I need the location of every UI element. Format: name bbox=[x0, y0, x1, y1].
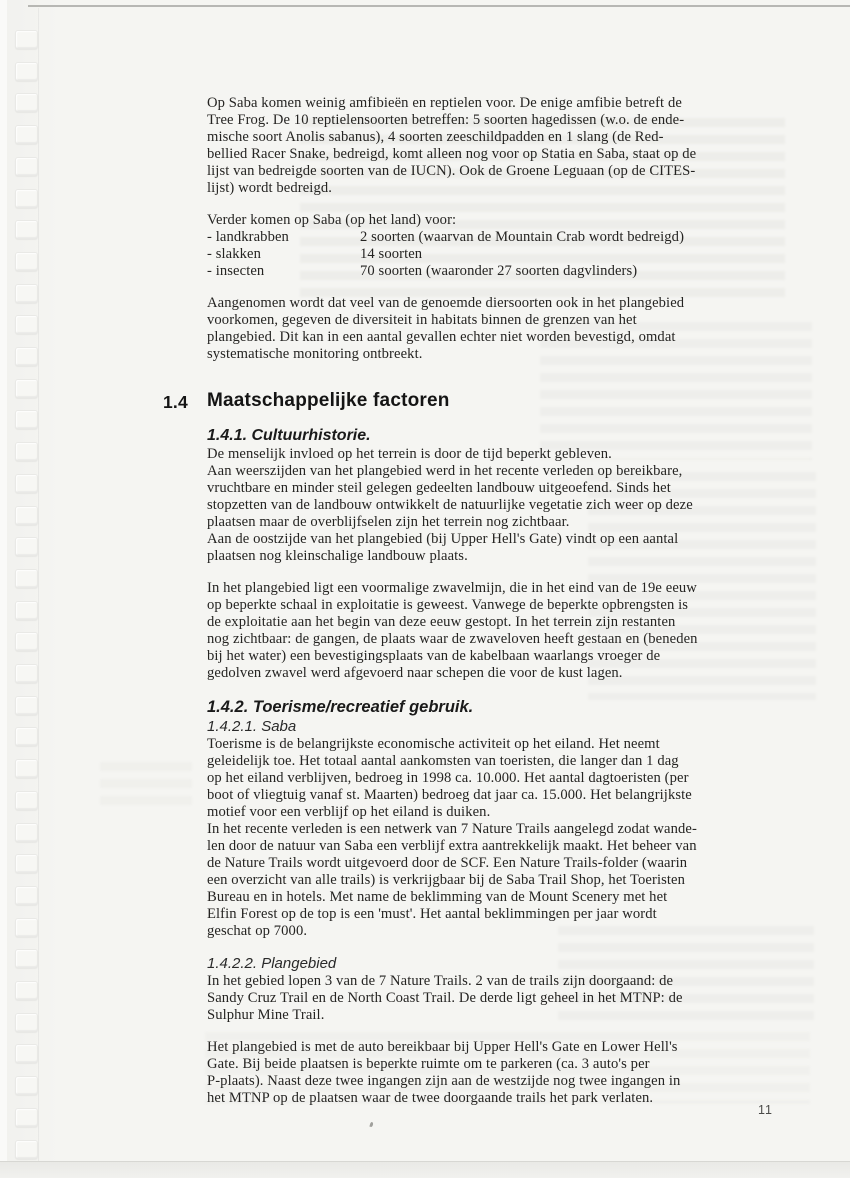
binding-hole bbox=[15, 854, 38, 873]
paragraph-amphibians-reptiles: Op Saba komen weinig amfibieën en reptie… bbox=[207, 95, 807, 197]
binding-hole bbox=[15, 886, 38, 905]
binding-hole bbox=[15, 220, 38, 239]
binding-hole bbox=[15, 315, 38, 334]
section-number: 1.4 bbox=[163, 390, 188, 414]
page-number: 11 bbox=[758, 1103, 773, 1117]
section-heading-1-4: 1.4 Maatschappelijke factoren bbox=[207, 389, 807, 413]
binding-hole bbox=[15, 93, 38, 112]
binding-hole bbox=[15, 347, 38, 366]
fauna-list-row: - insecten 70 soorten (waaronder 27 soor… bbox=[207, 263, 807, 280]
binding-hole bbox=[15, 474, 38, 493]
binding-hole bbox=[15, 727, 38, 746]
subsubsection-heading-1-4-2-1: 1.4.2.1. Saba bbox=[207, 718, 807, 736]
paragraph-zwavelmijn: In het plangebied ligt een voormalige zw… bbox=[207, 580, 807, 682]
scanned-page: Op Saba komen weinig amfibieën en reptie… bbox=[0, 0, 850, 1178]
binding-hole bbox=[15, 1013, 38, 1032]
binding-hole bbox=[15, 791, 38, 810]
binding-hole bbox=[15, 759, 38, 778]
fauna-term: - landkrabben bbox=[207, 229, 360, 246]
scan-speck bbox=[369, 1122, 373, 1128]
binding-hole bbox=[15, 918, 38, 937]
binding-hole bbox=[15, 823, 38, 842]
fauna-list: - landkrabben 2 soorten (waarvan de Moun… bbox=[207, 229, 807, 280]
binding-hole bbox=[15, 949, 38, 968]
binding-hole bbox=[15, 252, 38, 271]
binding-hole bbox=[15, 506, 38, 525]
binding-hole bbox=[15, 125, 38, 144]
binding-hole bbox=[15, 569, 38, 588]
paragraph-cultuurhistorie-1: De menselijk invloed op het terrein is d… bbox=[207, 446, 807, 565]
binding-hole bbox=[15, 189, 38, 208]
binding-hole bbox=[15, 1076, 38, 1095]
subsubsection-heading-1-4-2-2: 1.4.2.2. Plangebied bbox=[207, 955, 807, 973]
binding-hole bbox=[15, 442, 38, 461]
binding-hole bbox=[15, 537, 38, 556]
section-title: Maatschappelijke factoren bbox=[207, 390, 450, 411]
subsection-heading-1-4-1: 1.4.1. Cultuurhistorie. bbox=[207, 426, 807, 446]
binding-hole bbox=[15, 157, 38, 176]
paragraph-assumption: Aangenomen wordt dat veel van de genoemd… bbox=[207, 295, 807, 363]
binding-hole bbox=[15, 30, 38, 49]
binding-hole bbox=[15, 410, 38, 429]
fauna-term: - slakken bbox=[207, 246, 360, 263]
bleed-through bbox=[100, 762, 192, 808]
binding-hole bbox=[15, 1140, 38, 1159]
paragraph-toerisme-saba: Toerisme is de belangrijkste economische… bbox=[207, 736, 807, 940]
fauna-term: - insecten bbox=[207, 263, 360, 280]
binding-hole bbox=[15, 632, 38, 651]
binding-hole bbox=[15, 284, 38, 303]
fauna-list-row: - slakken 14 soorten bbox=[207, 246, 807, 263]
binding-hole bbox=[15, 1044, 38, 1063]
binding-hole bbox=[15, 981, 38, 1000]
binding-hole bbox=[15, 62, 38, 81]
scan-top-edge bbox=[28, 5, 850, 7]
paragraph-plangebied-trails: In het gebied lopen 3 van de 7 Nature Tr… bbox=[207, 973, 807, 1024]
scan-bottom-edge bbox=[0, 1161, 850, 1178]
binding-hole bbox=[15, 664, 38, 683]
subsection-heading-1-4-2: 1.4.2. Toerisme/recreatief gebruik. bbox=[207, 697, 807, 718]
binding-hole bbox=[15, 696, 38, 715]
fauna-intro-line: Verder komen op Saba (op het land) voor: bbox=[207, 212, 807, 229]
document-body: Op Saba komen weinig amfibieën en reptie… bbox=[207, 95, 807, 1122]
fauna-value: 2 soorten (waarvan de Mountain Crab word… bbox=[360, 229, 684, 246]
binding-hole bbox=[15, 601, 38, 620]
fauna-value: 14 soorten bbox=[360, 246, 422, 263]
binding-holes-column bbox=[0, 0, 50, 1178]
binding-hole bbox=[15, 1108, 38, 1127]
fauna-value: 70 soorten (waaronder 27 soorten dagvlin… bbox=[360, 263, 637, 280]
fauna-list-row: - landkrabben 2 soorten (waarvan de Moun… bbox=[207, 229, 807, 246]
binding-hole bbox=[15, 379, 38, 398]
paragraph-plangebied-bereikbaarheid: Het plangebied is met de auto bereikbaar… bbox=[207, 1039, 807, 1107]
